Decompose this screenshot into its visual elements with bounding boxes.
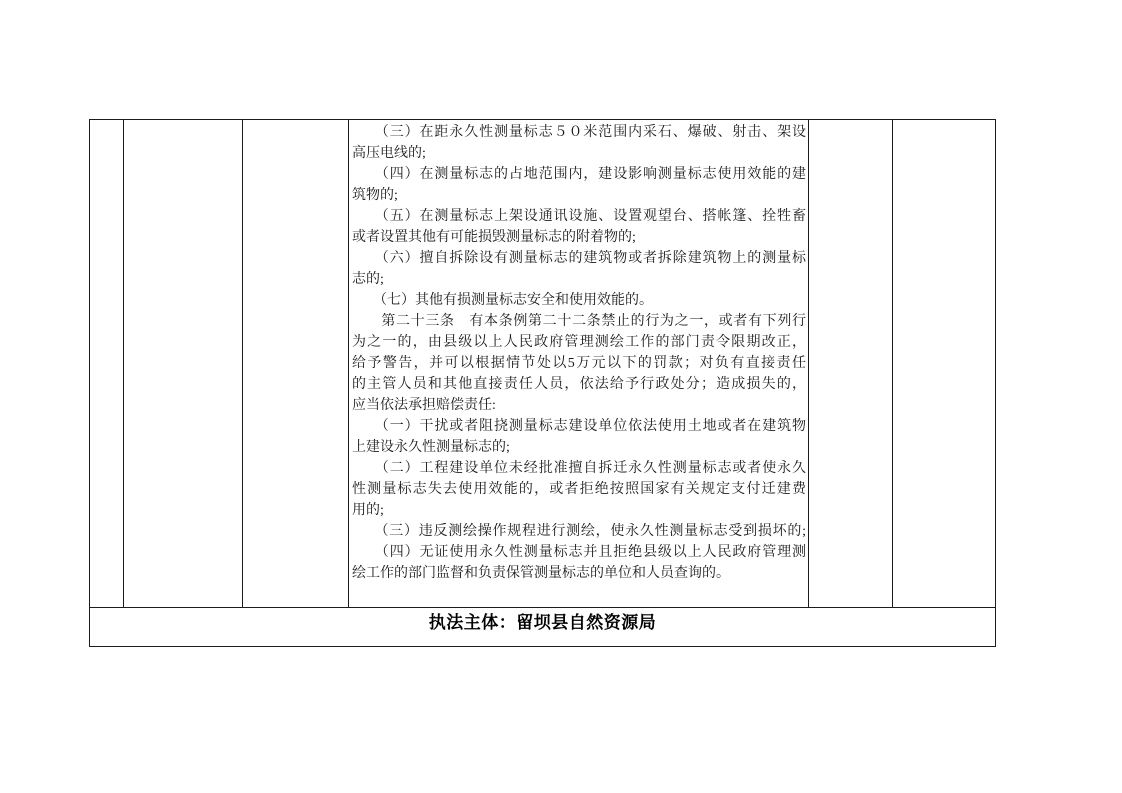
table-cell-col3-empty: [243, 120, 349, 608]
legal-text-line: （三）违反测绘操作规程进行测绘，使永久性测量标志受到损坏的;: [352, 521, 806, 542]
regulation-table: （三）在距永久性测量标志５０米范围内采石、爆破、射击、架设 高压电线的; （四）…: [89, 119, 996, 647]
table-cell-col6-empty: [893, 120, 996, 608]
legal-text-line: （二）工程建设单位未经批准擅自拆迁永久性测量标志或者使永久: [352, 458, 806, 479]
legal-text-line: 性测量标志失去使用效能的，或者拒绝按照国家有关规定支付迁建费: [352, 479, 806, 500]
legal-text-line: 筑物的;: [352, 185, 806, 206]
legal-text-line: 上建设永久性测量标志的;: [352, 437, 806, 458]
table-cell-col5-empty: [809, 120, 893, 608]
legal-text-line: 高压电线的;: [352, 143, 806, 164]
legal-text-line: 给予警告，并可以根据情节处以5万元以下的罚款；对负有直接责任: [352, 353, 806, 374]
table-cell-col1-empty: [90, 120, 124, 608]
legal-text-line: 绘工作的部门监督和负责保管测量标志的单位和人员查询的。: [352, 563, 806, 584]
legal-text-line: 的主管人员和其他直接责任人员，依法给予行政处分；造成损失的，: [352, 374, 806, 395]
legal-text-line: 或者设置其他有可能损毁测量标志的附着物的;: [352, 227, 806, 248]
legal-text-line: 用的;: [352, 500, 806, 521]
legal-text-line: 志的;: [352, 269, 806, 290]
legal-text-line: （三）在距永久性测量标志５０米范围内采石、爆破、射击、架设: [352, 122, 806, 143]
legal-text-line: 为之一的，由县级以上人民政府管理测绘工作的部门责令限期改正，: [352, 332, 806, 353]
legal-text-line: 应当依法承担赔偿责任:: [352, 395, 806, 416]
legal-text-line: （六）擅自拆除设有测量标志的建筑物或者拆除建筑物上的测量标: [352, 248, 806, 269]
legal-text-line: （四）在测量标志的占地范围内，建设影响测量标志使用效能的建: [352, 164, 806, 185]
enforcement-body-cell: 执法主体：留坝县自然资源局: [90, 608, 996, 647]
footer-row: 执法主体：留坝县自然资源局: [90, 608, 996, 647]
legal-text-line: （一）干扰或者阻挠测量标志建设单位依法使用土地或者在建筑物: [352, 416, 806, 437]
legal-text-line: （七）其他有损测量标志安全和使用效能的。: [352, 290, 806, 311]
document-page: （三）在距永久性测量标志５０米范围内采石、爆破、射击、架设 高压电线的; （四）…: [0, 0, 1122, 793]
legal-text-line: （四）无证使用永久性测量标志并且拒绝县级以上人民政府管理测: [352, 542, 806, 563]
table-row: （三）在距永久性测量标志５０米范围内采石、爆破、射击、架设 高压电线的; （四）…: [90, 120, 996, 608]
legal-text-line: 第二十三条 有本条例第二十二条禁止的行为之一，或者有下列行: [352, 311, 806, 332]
legal-text-line: （五）在测量标志上架设通讯设施、设置观望台、搭帐篷、拴牲畜: [352, 206, 806, 227]
table-cell-col2-empty: [124, 120, 243, 608]
legal-text-cell: （三）在距永久性测量标志５０米范围内采石、爆破、射击、架设 高压电线的; （四）…: [349, 120, 809, 608]
